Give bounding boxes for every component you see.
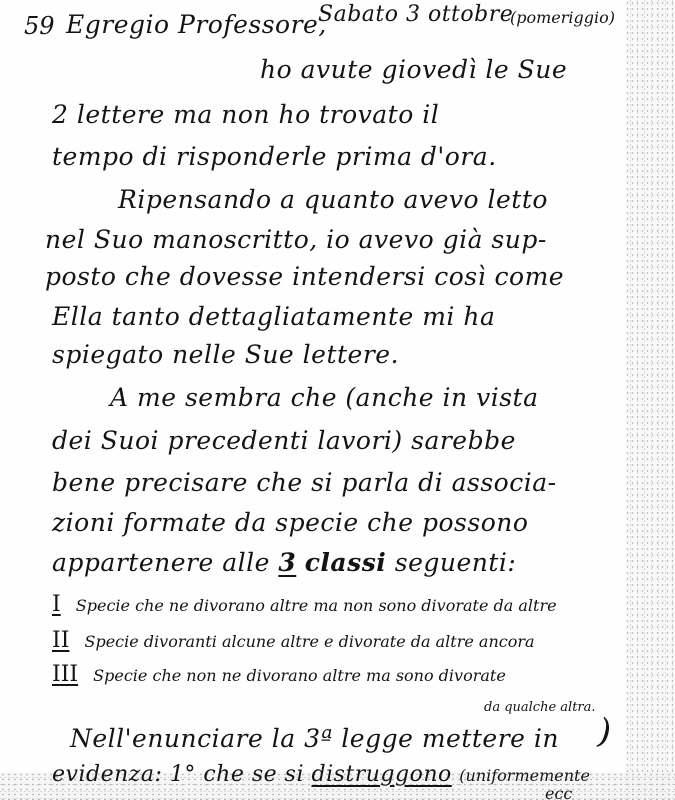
body-line-8: spiegato nelle Sue lettere.: [52, 340, 399, 369]
letter-date: Sabato 3 ottobre: [318, 2, 513, 27]
class-numeral-3: III: [52, 662, 78, 687]
letter-date-note: (pomeriggio): [510, 8, 615, 27]
body-line-13: appartenere alle 3 classi seguenti:: [52, 548, 516, 577]
body-line-12: zioni formate da specie che possono: [52, 508, 528, 537]
page-number: 59: [24, 12, 55, 40]
body-line-7: Ella tanto dettagliatamente mi ha: [52, 302, 495, 331]
class-text-2: Specie divoranti alcune altre e divorate…: [84, 632, 534, 651]
classes-suffix: seguenti:: [395, 548, 517, 577]
body-line-3: tempo di risponderle prima d'ora.: [52, 142, 497, 171]
class-text-1: Specie che ne divorano altre ma non sono…: [76, 596, 557, 615]
class-item-3: III Specie che non ne divorano altre ma …: [52, 662, 506, 687]
class-item-1: I Specie che ne divorano altre ma non so…: [52, 592, 557, 617]
class-item-2: II Specie divoranti alcune altre e divor…: [52, 628, 535, 653]
body-line-11: bene precisare che si parla di associa-: [52, 468, 557, 497]
body-line-13-text: appartenere alle: [52, 548, 270, 577]
closing-etc: ecc: [545, 784, 572, 800]
closing-line-1: Nell'enunciare la 3ª legge mettere in: [70, 724, 559, 753]
closing-paren-text: (uniformemente: [459, 766, 590, 785]
body-line-1: ho avute giovedì le Sue: [260, 55, 567, 84]
body-line-6: posto che dovesse intendersi così come: [45, 262, 564, 291]
body-line-4: Ripensando a quanto avevo letto: [118, 185, 548, 214]
salutation: Egregio Professore,: [66, 10, 327, 39]
body-line-9: A me sembra che (anche in vista: [110, 383, 538, 412]
classes-number: 3: [278, 548, 296, 577]
class-numeral-2: II: [52, 628, 69, 653]
class-3-continuation: da qualche altra.: [484, 700, 596, 715]
scan-edge-right: [625, 0, 675, 800]
class-text-3: Specie che non ne divorano altre ma sono…: [93, 666, 506, 685]
underlined-word: distruggono: [312, 762, 452, 787]
closing-parenthesis: ): [593, 711, 616, 753]
closing-line-2: evidenza: 1° che se si distruggono (unif…: [52, 762, 590, 787]
scanned-letter-page: 59 Egregio Professore, Sabato 3 ottobre …: [0, 0, 675, 800]
classes-word: classi: [305, 548, 387, 577]
class-numeral-1: I: [52, 592, 61, 617]
body-line-10: dei Suoi precedenti lavori) sarebbe: [52, 426, 516, 455]
body-line-2: 2 lettere ma non ho trovato il: [52, 100, 439, 129]
closing-line-2-text: evidenza: 1° che se si: [52, 762, 304, 787]
body-line-5: nel Suo manoscritto, io avevo già sup-: [45, 225, 547, 254]
